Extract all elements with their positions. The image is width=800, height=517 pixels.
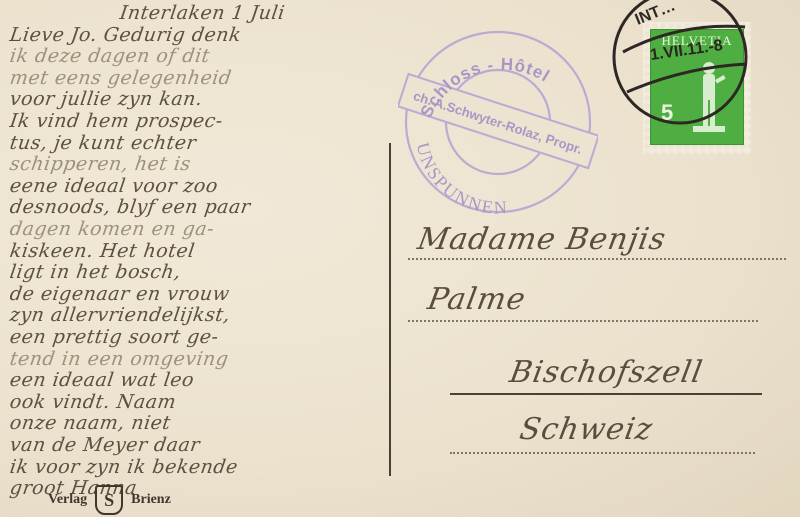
message-line: Ik vind hem prospec- — [8, 110, 224, 132]
message-line: ik deze dagen of dit — [8, 45, 211, 67]
message-line: de eigenaar en vrouw — [8, 283, 231, 305]
address-line-2 — [408, 320, 758, 322]
divider-line — [389, 143, 391, 476]
message-line: onze naam, niet — [8, 412, 172, 434]
publisher-city: Brienz — [131, 492, 171, 508]
message-line: ook vindt. Naam — [8, 391, 177, 413]
message-line: van de Meyer daar — [8, 434, 201, 456]
hotel-cachet-stamp: ch. A.Schwyter-Rolaz, Propr. Schloss - H… — [398, 24, 598, 220]
message-line: schipperen, het is — [8, 153, 192, 175]
address-recipient: Madame Benjis — [415, 222, 669, 257]
message-line: eene ideaal voor zoo — [8, 175, 219, 197]
address-line-3 — [450, 393, 762, 395]
address-city: Bischofszell — [507, 355, 706, 390]
handwritten-message: Interlaken 1 JuliLieve Jo. Gedurig denki… — [10, 0, 405, 517]
address-street: Palme — [425, 282, 529, 317]
message-line: tend in een omgeving — [8, 348, 230, 370]
address-line-4 — [450, 452, 755, 454]
stamp-value: 5 — [661, 100, 673, 126]
message-line: ik voor zyn ik bekende — [8, 456, 239, 478]
message-line: voor jullie zyn kan. — [8, 88, 204, 110]
publisher-prefix: Verlag — [48, 492, 87, 508]
cachet-bottom-text: UNSPUNNEN — [413, 140, 510, 217]
message-line: dagen komen en ga- — [8, 218, 215, 240]
address-country: Schweiz — [517, 412, 656, 447]
message-line: Lieve Jo. Gedurig denk — [8, 24, 242, 46]
message-line: tus, je kunt echter — [8, 132, 197, 154]
publisher-logo-icon: S — [95, 485, 123, 515]
message-line: een prettig soort ge- — [8, 326, 220, 348]
william-tell-boy-icon — [691, 58, 727, 140]
message-line: desnoods, blyf een paar — [8, 196, 252, 218]
svg-text:UNSPUNNEN: UNSPUNNEN — [413, 140, 510, 217]
message-line: kiskeen. Het hotel — [8, 240, 196, 262]
message-line: Interlaken 1 Juli — [118, 2, 286, 24]
publisher-imprint: Verlag S Brienz — [48, 488, 171, 512]
message-line: zyn allervriendelijkst, — [8, 304, 231, 326]
address-line-1 — [408, 258, 786, 260]
postcard: Interlaken 1 JuliLieve Jo. Gedurig denki… — [0, 0, 800, 517]
message-line: met eens gelegenheid — [8, 67, 233, 89]
message-line: ligt in het bosch, — [8, 261, 182, 283]
message-line: een ideaal wat leo — [8, 369, 195, 391]
